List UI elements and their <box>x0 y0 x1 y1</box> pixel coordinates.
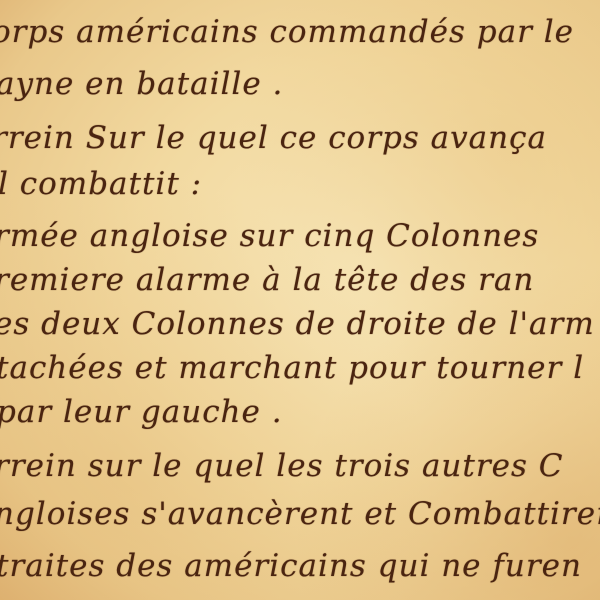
manuscript-line-12: traites des américains qui ne furen <box>0 548 582 584</box>
manuscript-line-3: rrein Sur le quel ce corps avança <box>0 120 547 156</box>
manuscript-line-4: l combattit : <box>0 166 202 202</box>
manuscript-line-7: es deux Colonnes de droite de l'arm <box>0 306 595 342</box>
manuscript-line-5: rmée angloise sur cinq Colonnes <box>0 218 539 254</box>
manuscript-line-2: ayne en bataille . <box>0 66 283 102</box>
manuscript-line-10: rrein sur le quel les trois autres C <box>0 448 564 484</box>
manuscript-line-8: tachées et marchant pour tourner l <box>0 350 584 386</box>
manuscript-line-11: ngloises s'avancèrent et Combattirent <box>0 496 600 532</box>
manuscript-line-6: remiere alarme à la tête des ran <box>0 262 534 298</box>
manuscript-line-1: orps américains commandés par le <box>0 14 574 50</box>
manuscript-page: orps américains commandés par le ayne en… <box>0 0 600 600</box>
manuscript-line-9: par leur gauche . <box>0 394 283 430</box>
